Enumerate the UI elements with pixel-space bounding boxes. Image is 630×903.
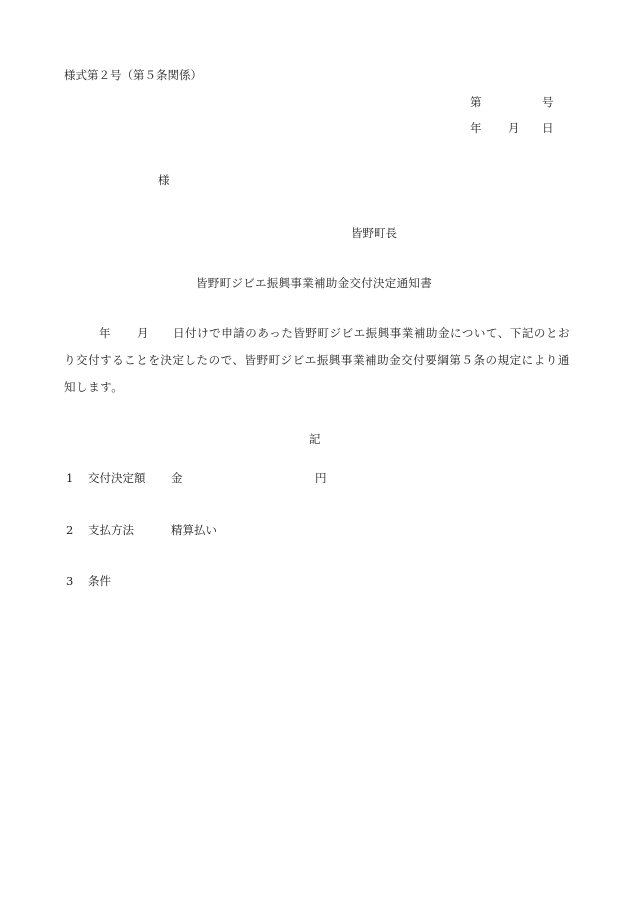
ki-heading: 記	[309, 432, 321, 446]
body-month: 月	[137, 326, 149, 340]
item-label: 条件	[88, 574, 111, 588]
body-line-2: り交付することを決定したので、皆野町ジビエ振興事業補助金交付要綱第５条の規定によ…	[64, 353, 570, 367]
body-year: 年	[99, 326, 111, 340]
date-day: 日	[542, 121, 554, 135]
item-label: 交付決定額	[88, 471, 146, 485]
item-value: 金	[171, 471, 183, 485]
form-number: 様式第２号（第５条関係）	[64, 68, 202, 82]
date-month: 月	[508, 121, 520, 135]
sender: 皆野町長	[351, 226, 397, 240]
item-number: 3	[66, 574, 73, 588]
item-label: 支払方法	[88, 523, 134, 537]
item-value: 精算払い	[171, 523, 217, 537]
addressee-suffix: 様	[158, 173, 170, 187]
item-number: 2	[66, 523, 73, 537]
body-line-3: 知します。	[64, 380, 123, 394]
body-line-1-text: 日付けで申請のあった皆野町ジビエ振興事業補助金について、下記のとお	[173, 326, 570, 340]
reference-dai: 第	[470, 95, 482, 109]
item-unit: 円	[315, 471, 327, 485]
document-title: 皆野町ジビエ振興事業補助金交付決定通知書	[196, 276, 432, 290]
item-number: 1	[66, 471, 73, 485]
date-year: 年	[470, 121, 482, 135]
reference-go: 号	[542, 95, 554, 109]
